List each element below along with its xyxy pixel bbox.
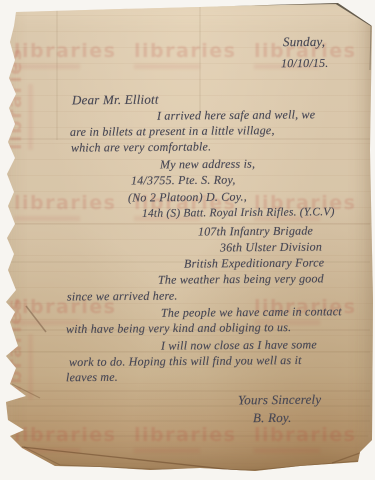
body-line: work to do. Hoping this will find you we… <box>69 353 302 370</box>
address-line-brigade: 107th Infantry Brigade <box>198 223 313 239</box>
letter-text-layer: Sunday, 10/10/15. Dear Mr. Elliott I arr… <box>0 0 375 480</box>
signature-line: B. Roy. <box>253 410 292 426</box>
closing-line: Yours Sincerely <box>238 392 321 409</box>
body-line: since we arrived here. <box>67 289 178 305</box>
address-line-battalion: 14th (S) Batt. Royal Irish Rifles. (Y.C.… <box>142 206 335 220</box>
body-line: My new address is, <box>160 157 255 173</box>
body-line: are in billets at present in a little vi… <box>70 123 275 140</box>
salutation-line: Dear Mr. Elliott <box>72 92 159 109</box>
body-line: with have being very kind and obliging t… <box>66 320 291 337</box>
body-line: I arrived here safe and well, we <box>157 107 315 123</box>
address-line-force: British Expeditionary Force <box>184 255 324 271</box>
address-line-platoon: (No 2 Platoon) D. Coy., <box>128 189 247 205</box>
body-line: I will now close as I have some <box>161 337 317 353</box>
scanned-letter-viewport: libraries libraries libraries libraries … <box>0 0 375 480</box>
date-numeric-line: 10/10/15. <box>281 56 329 71</box>
body-line: which are very comfortable. <box>71 139 211 155</box>
address-line-service-number: 14/3755. Pte. S. Roy, <box>131 173 236 189</box>
body-line: The weather has being very good <box>158 271 324 287</box>
body-line: The people we have came in contact <box>161 304 342 321</box>
address-line-division: 36th Ulster Division <box>220 240 322 256</box>
date-day-line: Sunday, <box>283 34 325 50</box>
body-line: leaves me. <box>66 370 118 385</box>
letter-paper: libraries libraries libraries libraries … <box>0 0 375 480</box>
